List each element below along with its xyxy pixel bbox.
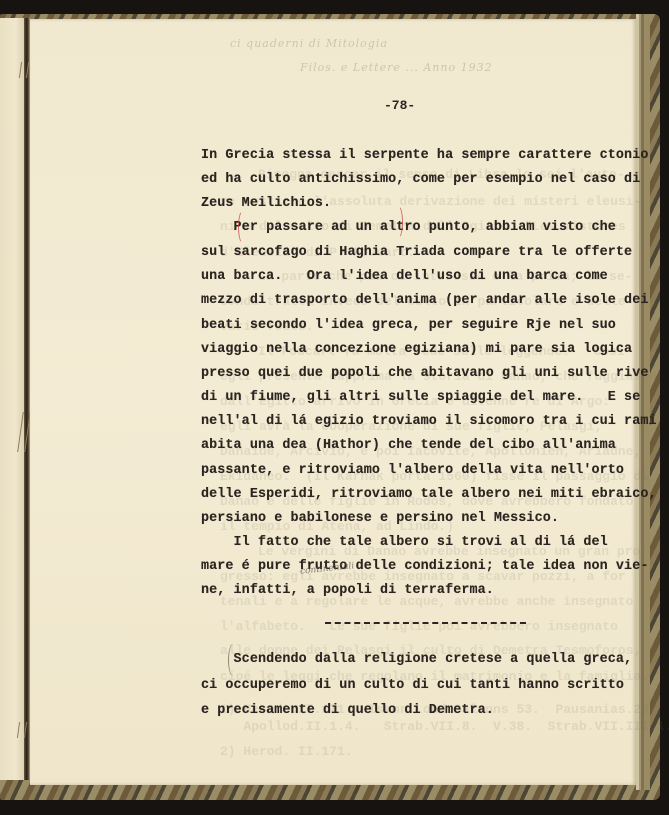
- text-line: In Grecia stessa il serpente ha sempre c…: [201, 148, 648, 163]
- left-page-edge: [0, 18, 26, 780]
- text-line: abita una dea (Hathor) che tende del cib…: [201, 438, 616, 453]
- text-line: beati secondo l'idea greca, per seguire …: [201, 318, 616, 333]
- scanned-book-spread: ci quaderni di Mitologia Filos. e Letter…: [0, 0, 669, 815]
- pencil-note: ci quaderni di Mitologia: [230, 37, 388, 50]
- text-line: sul sarcofago di Haghia Triada compare t…: [201, 245, 632, 260]
- text-line: una barca. Ora l'idea dell'uso di una ba…: [201, 269, 608, 284]
- text-line: Il fatto che tale albero si trovi al di …: [201, 535, 608, 550]
- text-line: nell'al di lá egizio troviamo il sicomor…: [201, 414, 657, 429]
- text-line: presso quei due popoli che abitavano gli…: [201, 366, 648, 381]
- text-line: delle Esperidi, ritroviamo tale albero n…: [201, 487, 657, 502]
- bleed-through-line: Apollod.II.1.4. Strab.VII.8. V.38. Strab…: [220, 719, 669, 734]
- text-line: Per passare ad un altro punto, abbiam vi…: [201, 220, 616, 235]
- text-line: viaggio nella concezione egiziana) mi pa…: [201, 342, 632, 357]
- text-line: persiano e babilonese e persino nel Mess…: [201, 511, 559, 526]
- red-pencil-mark: [393, 205, 403, 239]
- pencil-note: Filos. e Lettere ... Anno 1932: [300, 61, 493, 74]
- page-number: -78-: [384, 98, 415, 113]
- text-line: ne, infatti, a popoli di terraferma.: [201, 583, 494, 598]
- text-line: ci occuperemo di un culto di cui tanti h…: [201, 678, 624, 693]
- text-line: e precisamente di quello di Demetra.: [201, 703, 494, 718]
- text-line: Zeus Meilichios.: [201, 196, 331, 211]
- text-line: di un fiume, gli altri sulle spiaggie de…: [201, 390, 640, 405]
- text-line: ed ha culto antichissimo, come per esemp…: [201, 172, 640, 187]
- text-line: Scendendo dalla religione cretese a quel…: [201, 652, 632, 667]
- bleed-through-line: 2) Herod. II.171.: [220, 744, 353, 759]
- text-line: mare é pure frutto delle condizioni; tal…: [201, 559, 648, 574]
- text-line: mezzo di trasporto dell'anima (per andar…: [201, 293, 648, 308]
- section-separator: [325, 622, 526, 624]
- text-line: passante, e ritroviamo l'albero della vi…: [201, 463, 624, 478]
- red-pencil-mark: [238, 210, 248, 244]
